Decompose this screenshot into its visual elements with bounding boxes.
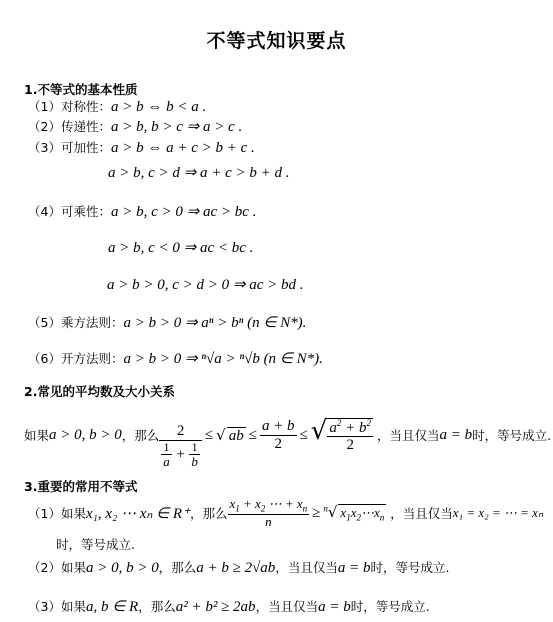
property-transitivity: （2）传递性：a > b, b > c ⇒ a > c . <box>28 117 242 136</box>
n-geometric-mean: n√x1x2⋯xn <box>323 503 386 523</box>
arithmetic-mean: a + b2 <box>260 418 297 452</box>
geometric-mean: √ab <box>216 426 246 445</box>
harmonic-mean: 2 1a + 1b <box>159 423 202 469</box>
square-sum-inequality: （3）如果a, b ∈ R，那么a² + b² ≥ 2ab，当且仅当a = b时… <box>28 597 430 616</box>
formula: a > b, c > d ⇒ a + c > b + d . <box>108 163 290 182</box>
formula: a > b, c > 0 ⇒ ac > bc . <box>111 204 256 220</box>
property-multiplicativity: （4）可乘性：a > b, c > 0 ⇒ ac > bc . <box>28 202 256 221</box>
property-symmetry: （1）对称性：a > b ⇔ b < a . <box>28 97 206 116</box>
mean-inequality-chain: 如果 a > 0, b > 0 ，那么 2 1a + 1b ≤ √ab ≤ a … <box>24 405 551 465</box>
formula: a > b > 0 ⇒ aⁿ > bⁿ (n ∈ N*). <box>123 315 306 331</box>
property-power-rule: （5）乘方法则：a > b > 0 ⇒ aⁿ > bⁿ (n ∈ N*). <box>28 313 306 332</box>
formula: a > b ⇔ a + c > b + c . <box>111 140 255 156</box>
property-additivity: （3）可加性：a > b ⇔ a + c > b + c . <box>28 138 255 157</box>
n-arithmetic-mean: x1 + x2 ⋯ + xnn <box>228 497 310 530</box>
am-gm-two-variables: （2）如果a > 0, b > 0，那么a + b ≥ 2√ab，当且仅当a =… <box>28 558 449 577</box>
quadratic-mean: √a2 + b22 <box>311 416 373 454</box>
formula: a > b, b > c ⇒ a > c . <box>111 119 242 135</box>
formula: a > b ⇔ b < a . <box>111 99 206 115</box>
property-root-rule: （6）开方法则：a > b > 0 ⇒ ⁿ√a > ⁿ√b (n ∈ N*). <box>28 349 323 368</box>
equality-note: 时，等号成立. <box>56 535 135 553</box>
formula: a > b > 0 ⇒ ⁿ√a > ⁿ√b (n ∈ N*). <box>123 351 322 367</box>
formula: a > b, c < 0 ⇒ ac < bc . <box>108 238 253 257</box>
section-heading-2: 2.常见的平均数及大小关系 <box>24 382 175 400</box>
formula: a > b > 0, c > d > 0 ⇒ ac > bd . <box>107 275 304 294</box>
page-title: 不等式知识要点 <box>0 26 553 53</box>
am-gm-n-variables: （1）如果 x₁, x₂ ⋯ xₙ ∈ R⁺ ，那么 x1 + x2 ⋯ + x… <box>28 496 543 530</box>
section-heading-1: 1.不等式的基本性质 <box>24 80 137 98</box>
section-heading-3: 3.重要的常用不等式 <box>24 477 137 495</box>
